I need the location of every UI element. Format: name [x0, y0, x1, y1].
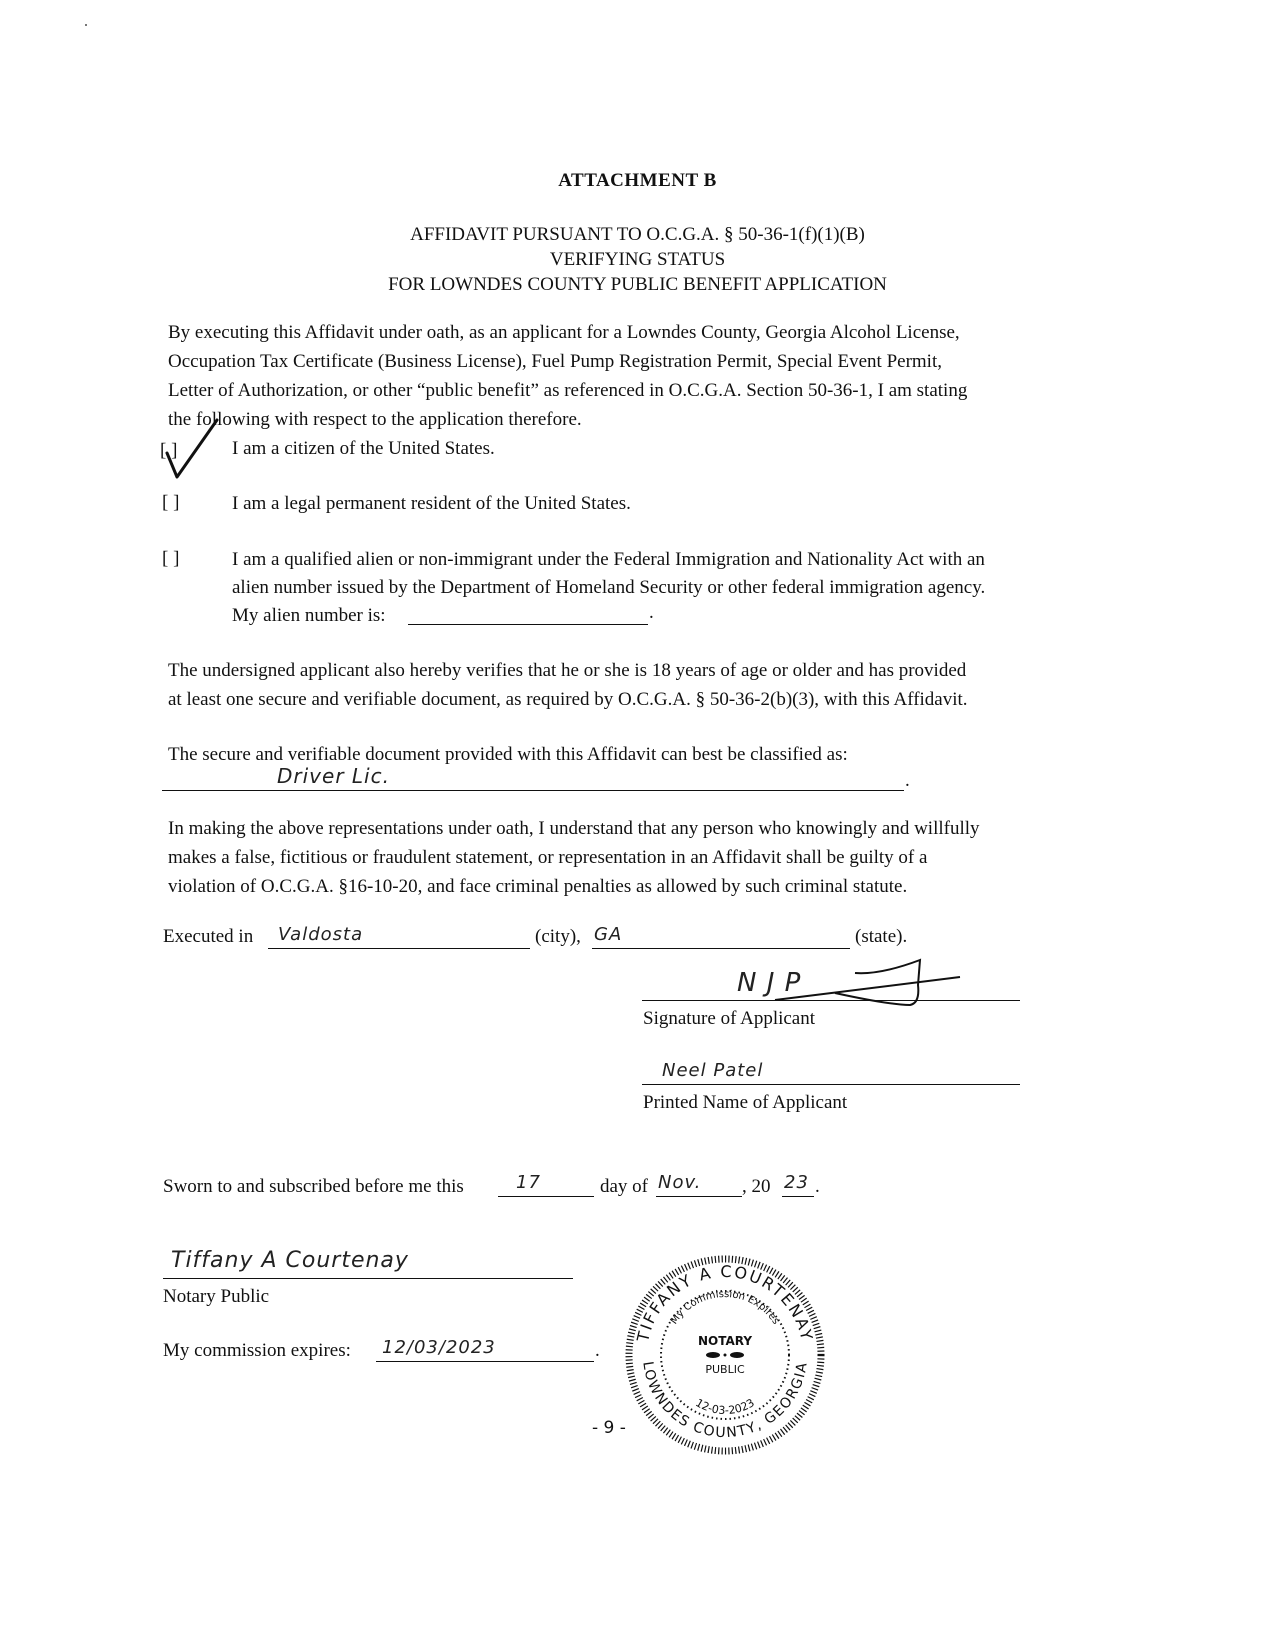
city-field[interactable]: Valdosta — [268, 948, 530, 949]
permanent-resident-checkbox[interactable]: [ ] — [162, 492, 179, 514]
svg-text:TIFFANY A COURTENAY: TIFFANY A COURTENAY — [633, 1262, 817, 1345]
signature-flourish-icon — [770, 955, 970, 1015]
day-of-label: day of — [600, 1176, 648, 1198]
commission-expires-field[interactable]: 12/03/2023 — [376, 1361, 594, 1362]
penalty-line: In making the above representations unde… — [168, 814, 1098, 843]
commission-expires-value: 12/03/2023 — [382, 1337, 496, 1358]
document-class-field[interactable]: Driver Lic. — [162, 790, 904, 791]
state-label: (state). — [855, 926, 907, 948]
notary-public-label: Notary Public — [163, 1286, 269, 1308]
sworn-month-field[interactable]: Nov. — [656, 1196, 742, 1197]
intro-line: Occupation Tax Certificate (Business Lic… — [168, 347, 1098, 376]
scan-speck — [85, 24, 87, 26]
checkmark-icon — [155, 415, 225, 485]
document-class-period: . — [905, 770, 910, 792]
commission-period: . — [595, 1340, 600, 1362]
notary-seal-icon: TIFFANY A COURTENAY LOWNDES COUNTY, GEOR… — [625, 1255, 825, 1455]
document-class-value: Driver Lic. — [277, 764, 390, 788]
state-value: GA — [594, 924, 622, 945]
attachment-title: ATTACHMENT B — [0, 170, 1275, 192]
printed-name-value: Neel Patel — [662, 1060, 763, 1081]
age-verification-line: The undersigned applicant also hereby ve… — [168, 656, 1098, 685]
svg-text:PUBLIC: PUBLIC — [705, 1363, 745, 1376]
intro-paragraph: By executing this Affidavit under oath, … — [168, 318, 1098, 434]
sworn-month-value: Nov. — [658, 1172, 701, 1193]
city-value: Valdosta — [278, 924, 363, 945]
printed-name-field[interactable]: Neel Patel — [642, 1084, 1020, 1085]
penalty-line: violation of O.C.G.A. §16-10-20, and fac… — [168, 872, 1098, 901]
penalty-paragraph: In making the above representations unde… — [168, 814, 1098, 901]
sworn-year-value: 23 — [784, 1172, 809, 1193]
intro-line: the following with respect to the applic… — [168, 405, 1098, 434]
alien-number-label: My alien number is: — [232, 602, 386, 630]
sworn-label: Sworn to and subscribed before me this — [163, 1176, 464, 1198]
sworn-day-value: 17 — [516, 1172, 541, 1193]
executed-in-label: Executed in — [163, 926, 253, 948]
notary-signature-value: Tiffany A Courtenay — [171, 1248, 409, 1273]
age-verification-line: at least one secure and verifiable docum… — [168, 685, 1098, 714]
notary-signature-field[interactable]: Tiffany A Courtenay — [163, 1278, 573, 1279]
state-field[interactable]: GA — [592, 948, 850, 949]
svg-text:My Commission Expires: My Commission Expires — [669, 1289, 781, 1327]
applicant-signature-label: Signature of Applicant — [643, 1008, 815, 1030]
affidavit-heading-line-3: FOR LOWNDES COUNTY PUBLIC BENEFIT APPLIC… — [0, 272, 1275, 297]
sworn-day-field[interactable]: 17 — [498, 1196, 594, 1197]
age-verification-paragraph: The undersigned applicant also hereby ve… — [168, 656, 1098, 714]
printed-name-label: Printed Name of Applicant — [643, 1092, 847, 1114]
affidavit-heading-line-2: VERIFYING STATUS — [0, 247, 1275, 272]
alien-number-period: . — [649, 602, 654, 624]
penalty-line: makes a false, fictitious or fraudulent … — [168, 843, 1098, 872]
qualified-alien-checkbox[interactable]: [ ] — [162, 548, 179, 570]
svg-text:NOTARY: NOTARY — [698, 1334, 752, 1348]
intro-line: By executing this Affidavit under oath, … — [168, 318, 1098, 347]
page-number: - 9 - — [592, 1418, 626, 1438]
sworn-period: . — [815, 1176, 820, 1198]
commission-expires-label: My commission expires: — [163, 1340, 351, 1362]
sworn-year-field[interactable]: 23 — [782, 1196, 814, 1197]
qualified-alien-option-line-2: alien number issued by the Department of… — [232, 574, 985, 602]
year-prefix-label: , 20 — [742, 1176, 771, 1198]
permanent-resident-option-label: I am a legal permanent resident of the U… — [232, 490, 631, 518]
affidavit-heading-line-1: AFFIDAVIT PURSUANT TO O.C.G.A. § 50-36-1… — [0, 222, 1275, 247]
citizen-option-label: I am a citizen of the United States. — [232, 435, 495, 463]
alien-number-field[interactable] — [408, 624, 648, 625]
qualified-alien-option-line-1: I am a qualified alien or non-immigrant … — [232, 546, 985, 574]
city-label: (city), — [535, 926, 581, 948]
intro-line: Letter of Authorization, or other “publi… — [168, 376, 1098, 405]
